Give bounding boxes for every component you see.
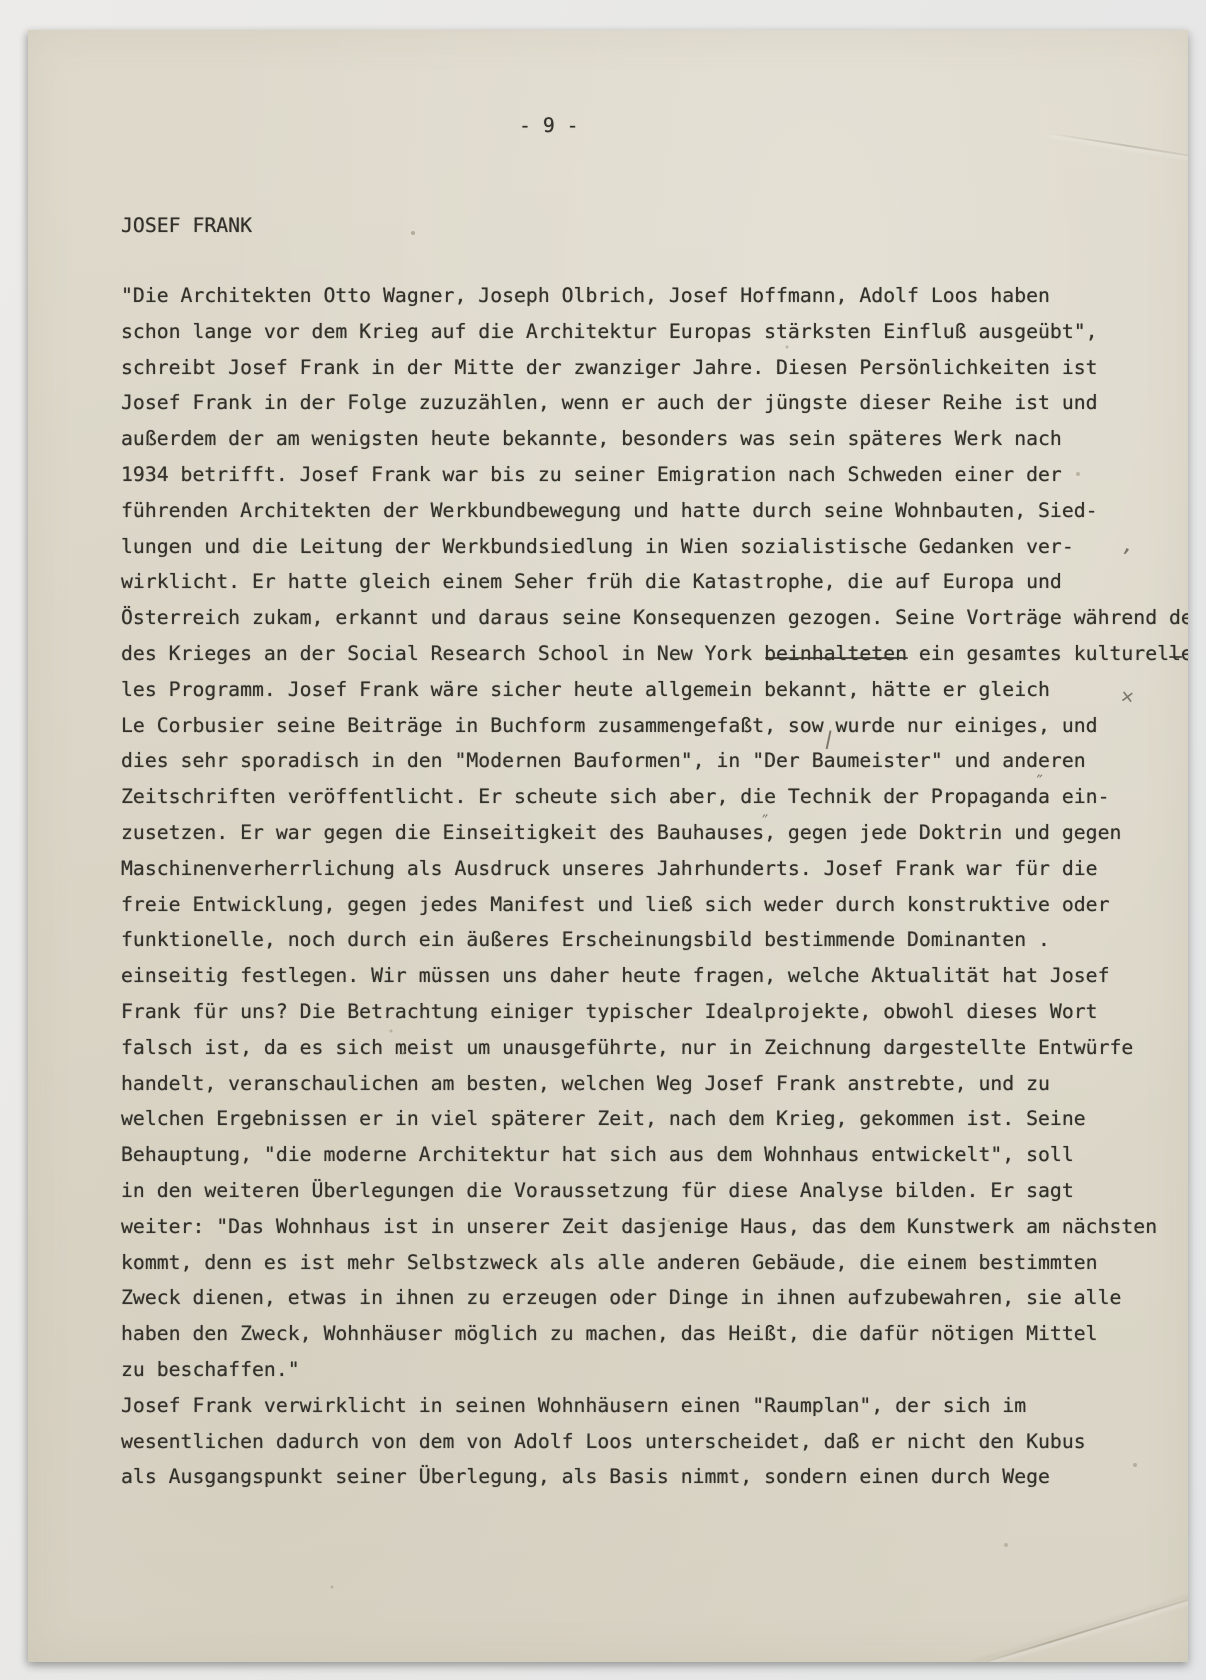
document-page: - 9 - JOSEF FRANK "Die Architekten Otto …: [28, 30, 1188, 1662]
text-line: haben den Zweck, Wohnhäuser möglich zu m…: [121, 1316, 1188, 1352]
paper-crease: [1049, 132, 1188, 161]
text-line: funktionelle, noch durch ein äußeres Ers…: [121, 922, 1188, 958]
body-lines: "Die Architekten Otto Wagner, Joseph Olb…: [121, 278, 1188, 1495]
text-line: Le Corbusier seine Beiträge in Buchform …: [121, 708, 1188, 744]
text-line: einseitig festlegen. Wir müssen uns dahe…: [121, 958, 1188, 994]
text-line: Österreich zukam, erkannt und daraus sei…: [121, 600, 1188, 636]
page-number: - 9 -: [519, 114, 579, 137]
text-line: schreibt Josef Frank in der Mitte der zw…: [121, 350, 1188, 386]
text-line: Frank für uns? Die Betrachtung einiger t…: [121, 994, 1188, 1030]
text-line: freie Entwicklung, gegen jedes Manifest …: [121, 887, 1188, 923]
paper-specks: [28, 30, 30, 32]
page-title: JOSEF FRANK: [121, 214, 252, 237]
text-line: les Programm. Josef Frank wäre sicher he…: [121, 672, 1188, 708]
text-line: in den weiteren Überlegungen die Vorauss…: [121, 1173, 1188, 1209]
text-line: handelt, veranschaulichen am besten, wel…: [121, 1066, 1188, 1102]
text-line: Josef Frank verwirklicht in seinen Wohnh…: [121, 1388, 1188, 1424]
text-line: welchen Ergebnissen er in viel späterer …: [121, 1101, 1188, 1137]
text-line: Zeitschriften veröffentlicht. Er scheute…: [121, 779, 1188, 815]
text-line: dies sehr sporadisch in den "Modernen Ba…: [121, 743, 1188, 779]
text-line: des Krieges an der Social Research Schoo…: [121, 636, 1188, 672]
text-line: wirklicht. Er hatte gleich einem Seher f…: [121, 564, 1188, 600]
text-line: zusetzen. Er war gegen die Einseitigkeit…: [121, 815, 1188, 851]
text-line: schon lange vor dem Krieg auf die Archit…: [121, 314, 1188, 350]
text-line: falsch ist, da es sich meist um unausgef…: [121, 1030, 1188, 1066]
text-line: Behauptung, "die moderne Architektur hat…: [121, 1137, 1188, 1173]
text-line: 1934 betrifft. Josef Frank war bis zu se…: [121, 457, 1188, 493]
text-line: Josef Frank in der Folge zuzuzählen, wen…: [121, 385, 1188, 421]
text-line: außerdem der am wenigsten heute bekannte…: [121, 421, 1188, 457]
paper-crease: [973, 1588, 1188, 1662]
text-line: wesentlichen dadurch von dem von Adolf L…: [121, 1424, 1188, 1460]
text-line: Zweck dienen, etwas in ihnen zu erzeugen…: [121, 1280, 1188, 1316]
text-line: kommt, denn es ist mehr Selbstzweck als …: [121, 1245, 1188, 1281]
text-line: weiter: "Das Wohnhaus ist in unserer Zei…: [121, 1209, 1188, 1245]
scanned-document-screenshot: - 9 - JOSEF FRANK "Die Architekten Otto …: [0, 0, 1206, 1680]
text-line: "Die Architekten Otto Wagner, Joseph Olb…: [121, 278, 1188, 314]
text-line: führenden Architekten der Werkbundbewegu…: [121, 493, 1188, 529]
text-line: zu beschaffen.": [121, 1352, 1188, 1388]
text-line: als Ausgangspunkt seiner Überlegung, als…: [121, 1459, 1188, 1495]
text-line: Maschinenverherrlichung als Ausdruck uns…: [121, 851, 1188, 887]
text-line: lungen und die Leitung der Werkbundsiedl…: [121, 529, 1188, 565]
